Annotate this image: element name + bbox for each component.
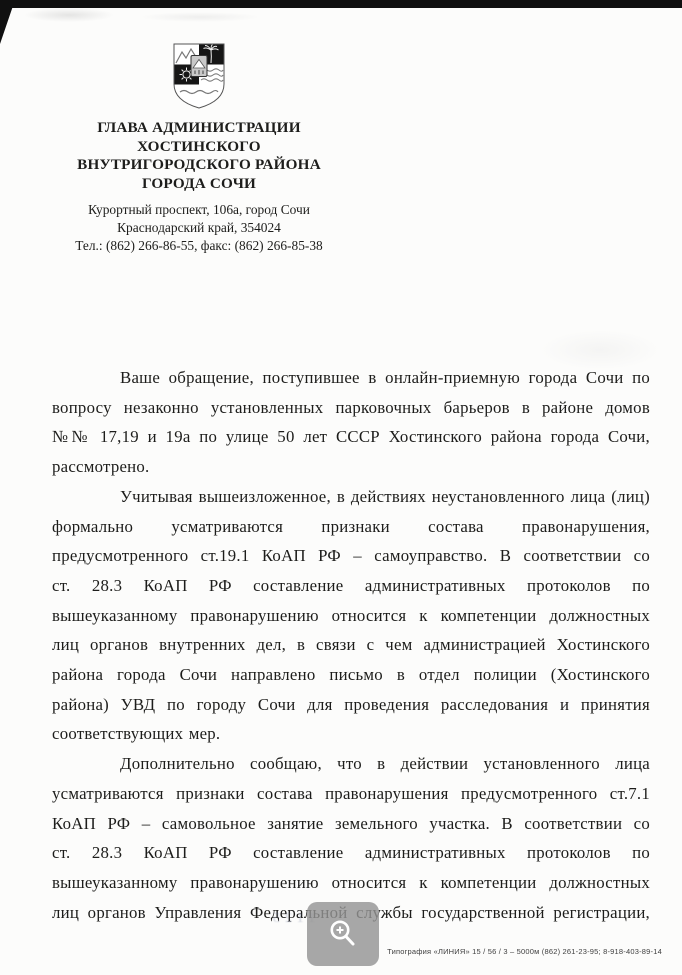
- zoom-button[interactable]: [307, 902, 379, 966]
- scan-edge-artifact-corner: [0, 0, 15, 44]
- scan-edge-artifact-top: [0, 0, 682, 8]
- body-line: Дополнительно сообщаю, что в действии ус…: [52, 749, 650, 779]
- org-address-line: Краснодарский край, 354024: [38, 219, 360, 237]
- body-line: вышеуказанному правонарушению относится …: [52, 868, 650, 898]
- org-name-line: ВНУТРИГОРОДСКОГО РАЙОНА: [38, 156, 360, 175]
- body-line: лиц органов внутренних дел, в связи с че…: [52, 630, 650, 660]
- org-name-line: ГЛАВА АДМИНИСТРАЦИИ: [38, 119, 360, 138]
- body-line: Ваше обращение, поступившее в онлайн-при…: [52, 363, 650, 393]
- body-line: КоАП РФ – самовольное занятие земельного…: [52, 809, 650, 839]
- print-shop-line: Типография «ЛИНИЯ» 15 / 56 / 3 – 5000м (…: [387, 947, 662, 956]
- body-line: предусмотренного ст.19.1 КоАП РФ – самоу…: [52, 541, 650, 571]
- org-phone-line: Тел.: (862) 266-86-55, факс: (862) 266-8…: [38, 237, 360, 255]
- scanned-letter-page: ГЛАВА АДМИНИСТРАЦИИ ХОСТИНСКОГО ВНУТРИГО…: [0, 0, 682, 975]
- body-line: №№ 17,19 и 19а по улице 50 лет СССР Хост…: [52, 422, 650, 452]
- body-line: ст. 28.3 КоАП РФ составление администрат…: [52, 571, 650, 601]
- scan-smudge: [24, 8, 114, 22]
- body-line: рассмотрено.: [52, 452, 650, 482]
- body-line: формально усматриваются признаки состава…: [52, 512, 650, 542]
- body-line: усматриваются признаки состава правонару…: [52, 779, 650, 809]
- body-line: вышеуказанному правонарушению относится …: [52, 601, 650, 631]
- org-address-line: Курортный проспект, 106а, город Сочи: [38, 201, 360, 219]
- sochi-coat-of-arms-icon: [170, 42, 228, 110]
- body-line: ст. 28.3 КоАП РФ составление администрат…: [52, 838, 650, 868]
- letter-body: Ваше обращение, поступившее в онлайн-при…: [52, 363, 650, 927]
- magnifier-plus-icon: [326, 917, 360, 951]
- body-line: района) УВД по городу Сочи для проведени…: [52, 690, 650, 720]
- body-line: вопросу незаконно установленных парковоч…: [52, 393, 650, 423]
- scan-smudge: [140, 12, 260, 22]
- org-name-line: ГОРОДА СОЧИ: [38, 175, 360, 194]
- body-line: района города Сочи направлено письмо в о…: [52, 660, 650, 690]
- body-line: соответствующих мер.: [52, 719, 650, 749]
- body-line: Учитывая вышеизложенное, в действиях неу…: [52, 482, 650, 512]
- letterhead: ГЛАВА АДМИНИСТРАЦИИ ХОСТИНСКОГО ВНУТРИГО…: [38, 42, 360, 255]
- org-name-line: ХОСТИНСКОГО: [38, 138, 360, 157]
